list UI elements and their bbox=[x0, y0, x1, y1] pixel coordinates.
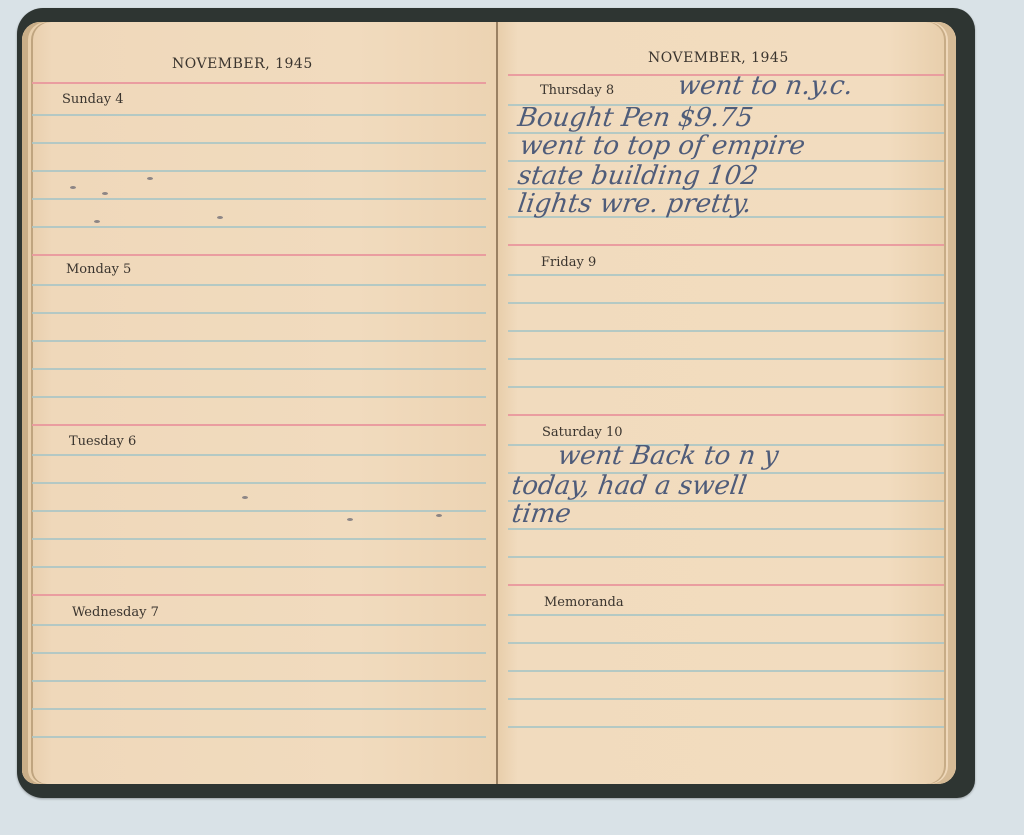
handwritten-entry-line: lights wre. pretty. bbox=[516, 190, 753, 218]
blue-rule bbox=[32, 284, 486, 286]
blue-rule bbox=[32, 114, 486, 116]
red-rule bbox=[508, 414, 944, 416]
ink-smudge bbox=[347, 518, 353, 521]
day-label-wednesday: Wednesday 7 bbox=[72, 605, 159, 620]
day-label-sunday: Sunday 4 bbox=[62, 92, 123, 107]
blue-rule bbox=[508, 642, 944, 644]
red-rule bbox=[32, 82, 486, 84]
day-label-saturday: Saturday 10 bbox=[542, 425, 623, 440]
blue-rule bbox=[508, 302, 944, 304]
blue-rule bbox=[32, 624, 486, 626]
handwritten-entry-line: went Back to n y bbox=[556, 442, 780, 470]
blue-rule bbox=[32, 708, 486, 710]
blue-rule bbox=[508, 726, 944, 728]
blue-rule bbox=[32, 396, 486, 398]
blue-rule bbox=[32, 340, 486, 342]
blue-rule bbox=[508, 330, 944, 332]
blue-rule bbox=[508, 386, 944, 388]
left-page: NOVEMBER, 1945 Sunday 4 Monday 5 Tuesday… bbox=[22, 22, 498, 784]
right-page-header: NOVEMBER, 1945 bbox=[648, 50, 789, 66]
ink-smudge bbox=[242, 496, 248, 499]
blue-rule bbox=[508, 670, 944, 672]
red-rule bbox=[32, 424, 486, 426]
blue-rule bbox=[32, 538, 486, 540]
blue-rule bbox=[32, 566, 486, 568]
day-label-tuesday: Tuesday 6 bbox=[69, 434, 136, 449]
blue-rule bbox=[32, 680, 486, 682]
blue-rule bbox=[32, 226, 486, 228]
day-label-friday: Friday 9 bbox=[541, 255, 596, 270]
blue-rule bbox=[32, 312, 486, 314]
ink-smudge bbox=[147, 177, 153, 180]
handwritten-entry-line: state building 102 bbox=[516, 162, 760, 190]
blue-rule bbox=[508, 698, 944, 700]
blue-rule bbox=[508, 358, 944, 360]
handwritten-entry-line: went to top of empire bbox=[518, 132, 807, 160]
handwritten-entry-line: today, had a swell bbox=[510, 472, 748, 500]
blue-rule bbox=[32, 170, 486, 172]
ink-smudge bbox=[436, 514, 442, 517]
blue-rule bbox=[32, 482, 486, 484]
blue-rule bbox=[508, 274, 944, 276]
right-page: NOVEMBER, 1945 Thursday 8 went to n.y.c.… bbox=[498, 22, 956, 784]
blue-rule bbox=[32, 368, 486, 370]
ink-smudge bbox=[70, 186, 76, 189]
memoranda-label: Memoranda bbox=[544, 595, 624, 610]
ink-smudge bbox=[102, 192, 108, 195]
red-rule bbox=[508, 244, 944, 246]
red-rule bbox=[32, 254, 486, 256]
handwritten-entry-line: Bought Pen $9.75 bbox=[516, 104, 755, 132]
blue-rule bbox=[32, 142, 486, 144]
blue-rule bbox=[32, 198, 486, 200]
blue-rule bbox=[508, 556, 944, 558]
ink-smudge bbox=[94, 220, 100, 223]
blue-rule bbox=[32, 652, 486, 654]
day-label-thursday: Thursday 8 bbox=[540, 83, 614, 98]
blue-rule bbox=[508, 528, 944, 530]
day-label-monday: Monday 5 bbox=[66, 262, 131, 277]
red-rule bbox=[508, 584, 944, 586]
handwritten-entry-line: time bbox=[510, 500, 573, 528]
left-page-header: NOVEMBER, 1945 bbox=[172, 56, 313, 72]
red-rule bbox=[32, 594, 486, 596]
ink-smudge bbox=[217, 216, 223, 219]
blue-rule bbox=[32, 510, 486, 512]
blue-rule bbox=[32, 454, 486, 456]
handwritten-entry-line: went to n.y.c. bbox=[676, 72, 855, 100]
blue-rule bbox=[508, 614, 944, 616]
blue-rule bbox=[32, 736, 486, 738]
